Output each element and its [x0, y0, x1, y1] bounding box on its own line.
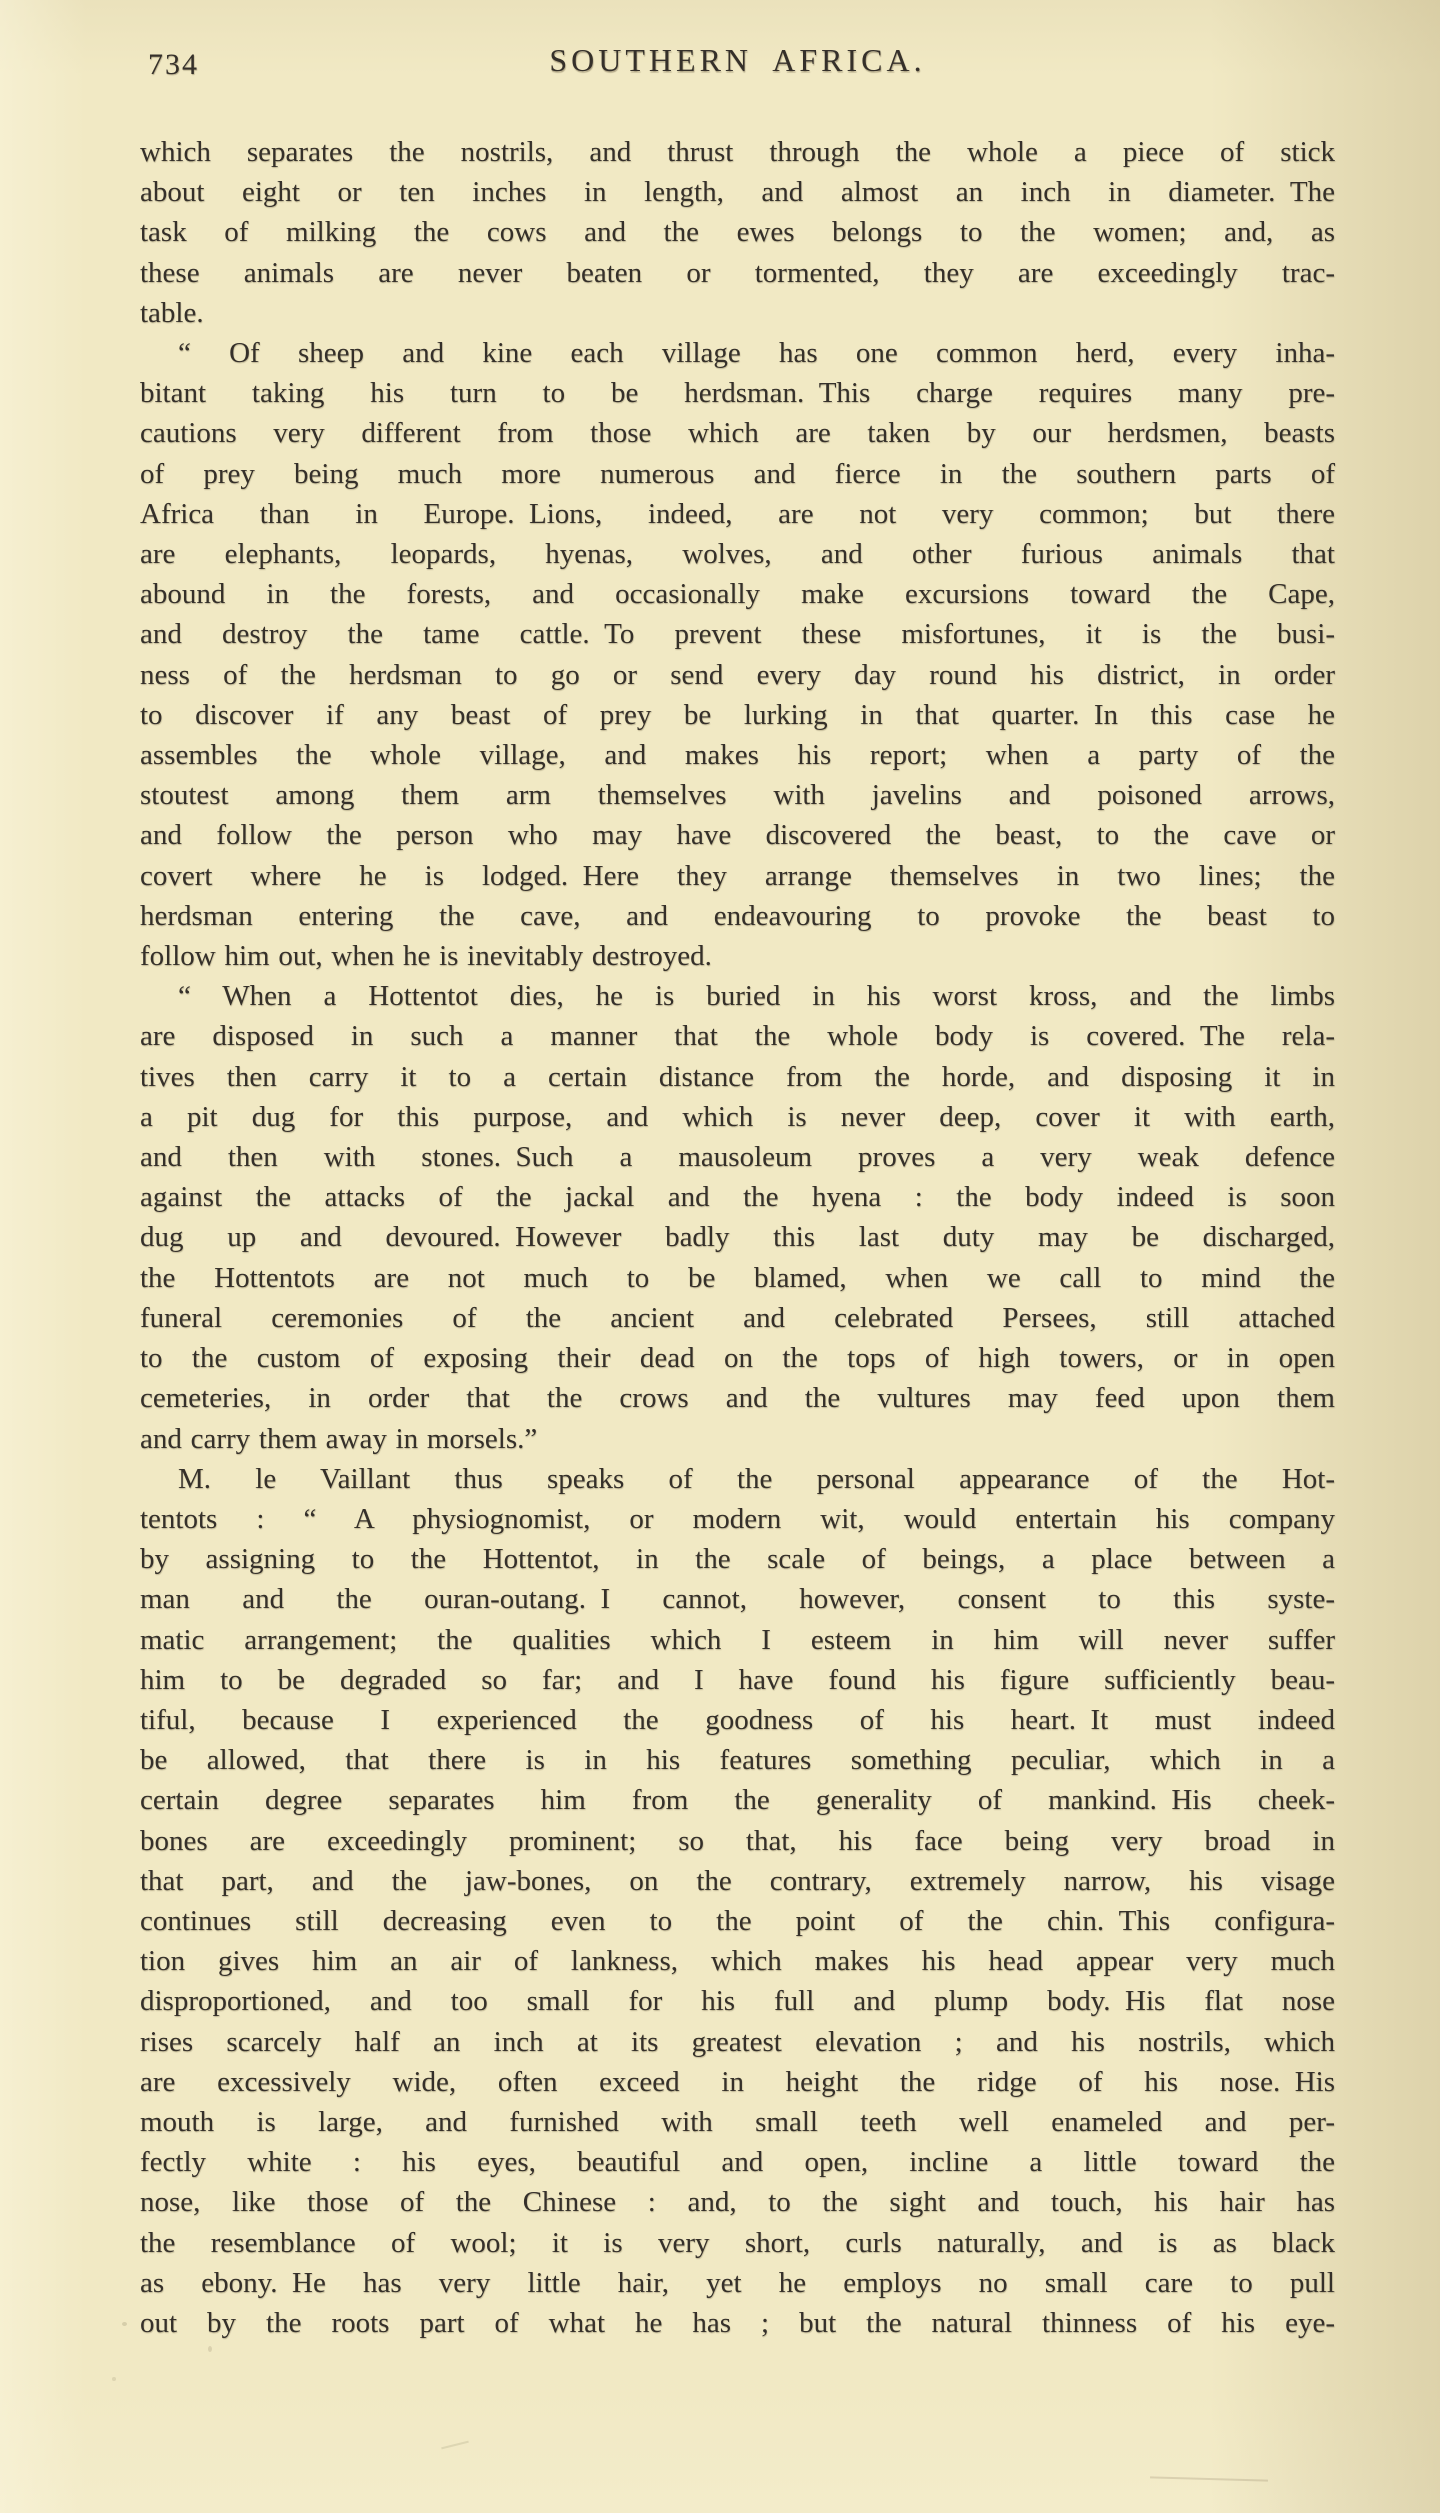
scan-artifact-line [441, 2441, 469, 2450]
text-line: “ When a Hottentot dies, he is buried in… [140, 976, 1335, 1016]
text-line: be allowed, that there is in his feature… [140, 1740, 1335, 1780]
page-header: 734 SOUTHERN AFRICA. [140, 42, 1335, 98]
scan-speck [208, 2346, 212, 2352]
text-line: task of milking the cows and the ewes be… [140, 212, 1335, 252]
text-line: fectly white : his eyes, beautiful and o… [140, 2142, 1335, 2182]
text-line: by assigning to the Hottentot, in the sc… [140, 1539, 1335, 1579]
text-line: against the attacks of the jackal and th… [140, 1177, 1335, 1217]
text-line: matic arrangement; the qualities which I… [140, 1620, 1335, 1660]
text-line: nose, like those of the Chinese : and, t… [140, 2182, 1335, 2222]
text-line: these animals are never beaten or tormen… [140, 253, 1335, 293]
text-line: as ebony. He has very little hair, yet h… [140, 2263, 1335, 2303]
scan-speck [122, 2322, 127, 2326]
text-line: to the custom of exposing their dead on … [140, 1338, 1335, 1378]
text-line: bones are exceedingly prominent; so that… [140, 1821, 1335, 1861]
page: 734 SOUTHERN AFRICA. which separates the… [0, 0, 1440, 2513]
text-line: bitant taking his turn to be herdsman. T… [140, 373, 1335, 413]
text-line: cemeteries, in order that the crows and … [140, 1378, 1335, 1418]
text-line: dug up and devoured. However badly this … [140, 1217, 1335, 1257]
text-line: and carry them away in morsels.” [140, 1419, 1335, 1459]
text-line: stoutest among them arm themselves with … [140, 775, 1335, 815]
text-line: Africa than in Europe. Lions, indeed, ar… [140, 494, 1335, 534]
text-line: a pit dug for this purpose, and which is… [140, 1097, 1335, 1137]
text-line: assembles the whole village, and makes h… [140, 735, 1335, 775]
text-line: covert where he is lodged. Here they arr… [140, 856, 1335, 896]
scan-artifact-line [1150, 2476, 1268, 2481]
text-line: mouth is large, and furnished with small… [140, 2102, 1335, 2142]
running-title: SOUTHERN AFRICA. [140, 42, 1335, 79]
text-line: are disposed in such a manner that the w… [140, 1016, 1335, 1056]
text-line: herdsman entering the cave, and endeavou… [140, 896, 1335, 936]
text-line: disproportioned, and too small for his f… [140, 1981, 1335, 2021]
text-line: man and the ouran-outang. I cannot, howe… [140, 1579, 1335, 1619]
text-line: are elephants, leopards, hyenas, wolves,… [140, 534, 1335, 574]
text-line: are excessively wide, often exceed in he… [140, 2062, 1335, 2102]
text-line: tion gives him an air of lankness, which… [140, 1941, 1335, 1981]
text-line: tives then carry it to a certain distanc… [140, 1057, 1335, 1097]
text-line: table. [140, 293, 1335, 333]
text-line: continues still decreasing even to the p… [140, 1901, 1335, 1941]
paragraph: “ Of sheep and kine each village has one… [140, 333, 1335, 976]
text-line: cautions very different from those which… [140, 413, 1335, 453]
paragraph: which separates the nostrils, and thrust… [140, 132, 1335, 333]
text-line: rises scarcely half an inch at its great… [140, 2022, 1335, 2062]
text-line: ness of the herdsman to go or send every… [140, 655, 1335, 695]
text-line: tentots : “ A physiognomist, or modern w… [140, 1499, 1335, 1539]
text-line: him to be degraded so far; and I have fo… [140, 1660, 1335, 1700]
text-line: of prey being much more numerous and fie… [140, 454, 1335, 494]
text-line: to discover if any beast of prey be lurk… [140, 695, 1335, 735]
paragraph: “ When a Hottentot dies, he is buried in… [140, 976, 1335, 1458]
text-line: the resemblance of wool; it is very shor… [140, 2223, 1335, 2263]
text-line: and follow the person who may have disco… [140, 815, 1335, 855]
text-line: out by the roots part of what he has ; b… [140, 2303, 1335, 2343]
text-line: M. le Vaillant thus speaks of the person… [140, 1459, 1335, 1499]
text-line: and destroy the tame cattle. To prevent … [140, 614, 1335, 654]
scan-speck [112, 2377, 116, 2381]
text-line: follow him out, when he is inevitably de… [140, 936, 1335, 976]
text-line: funeral ceremonies of the ancient and ce… [140, 1298, 1335, 1338]
text-line: which separates the nostrils, and thrust… [140, 132, 1335, 172]
text-line: “ Of sheep and kine each village has one… [140, 333, 1335, 373]
text-line: certain degree separates him from the ge… [140, 1780, 1335, 1820]
text-line: abound in the forests, and occasionally … [140, 574, 1335, 614]
text-line: and then with stones. Such a mausoleum p… [140, 1137, 1335, 1177]
paragraph: M. le Vaillant thus speaks of the person… [140, 1459, 1335, 2343]
text-body: which separates the nostrils, and thrust… [140, 132, 1335, 2343]
text-line: tiful, because I experienced the goodnes… [140, 1700, 1335, 1740]
text-line: the Hottentots are not much to be blamed… [140, 1258, 1335, 1298]
text-line: that part, and the jaw-bones, on the con… [140, 1861, 1335, 1901]
text-line: about eight or ten inches in length, and… [140, 172, 1335, 212]
